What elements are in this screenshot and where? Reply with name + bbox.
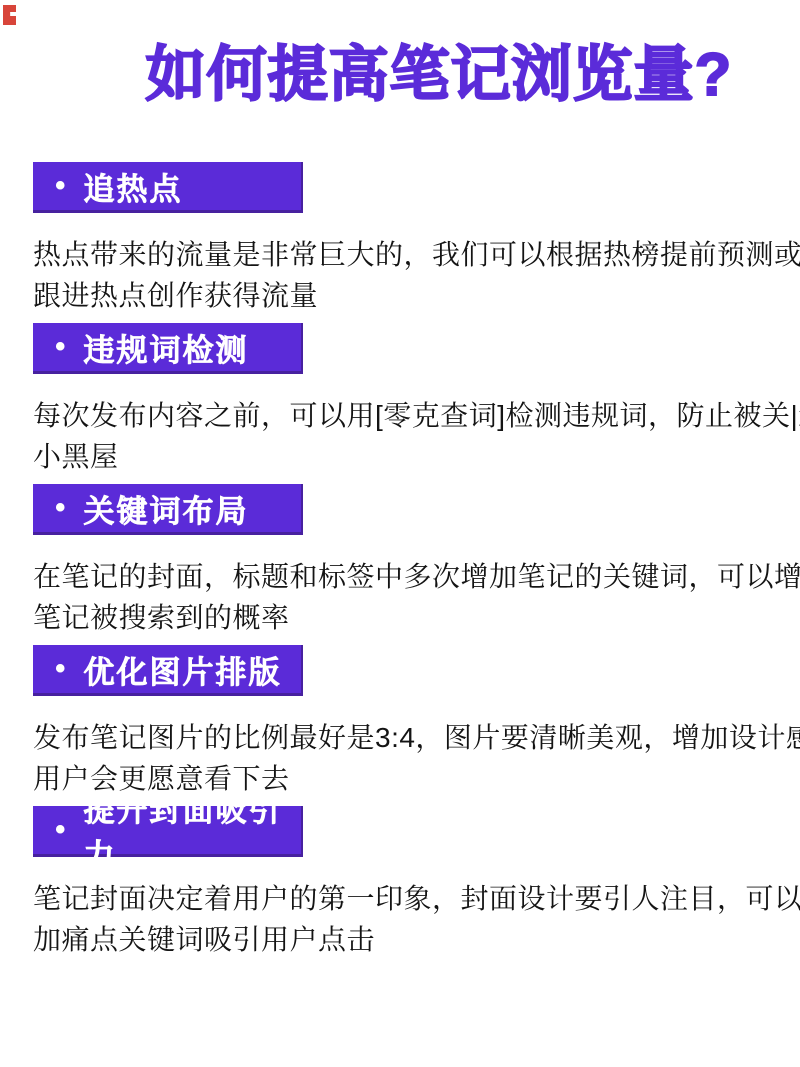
section-body-line: 笔记被搜索到的概率 bbox=[33, 597, 770, 638]
bullet-icon: • bbox=[55, 171, 66, 201]
tips-list: • 追热点 热点带来的流量是非常巨大的，我们可以根据热榜提前预测或者| 跟进热点… bbox=[0, 162, 800, 960]
section-body: 热点带来的流量是非常巨大的，我们可以根据热榜提前预测或者| 跟进热点创作获得流量 bbox=[33, 234, 770, 316]
section-body-line: 小黑屋 bbox=[33, 436, 770, 477]
section-heading-label: 追热点 bbox=[84, 164, 183, 209]
section-heading-label: 优化图片排版 bbox=[84, 647, 282, 692]
section-body-line: 加痛点关键词吸引用户点击 bbox=[33, 919, 770, 960]
bullet-icon: • bbox=[55, 332, 66, 362]
bullet-icon: • bbox=[55, 654, 66, 684]
section-heading-bar: • 追热点 bbox=[33, 162, 303, 213]
bullet-icon: • bbox=[55, 493, 66, 523]
section-body: 在笔记的封面，标题和标签中多次增加笔记的关键词，可以增加| 笔记被搜索到的概率 bbox=[33, 556, 770, 638]
section-body: 每次发布内容之前，可以用[零克查词]检测违规词，防止被关|进 小黑屋 bbox=[33, 395, 770, 477]
section-hot-topics: • 追热点 热点带来的流量是非常巨大的，我们可以根据热榜提前预测或者| 跟进热点… bbox=[33, 162, 770, 316]
section-heading-bar: • 优化图片排版 bbox=[33, 645, 303, 696]
section-heading-label: 关键词布局 bbox=[84, 486, 249, 531]
section-body: 笔记封面决定着用户的第一印象，封面设计要引人注目，可以增! 加痛点关键词吸引用户… bbox=[33, 878, 770, 960]
section-cover-attractiveness: • 提升封面吸引力 笔记封面决定着用户的第一印象，封面设计要引人注目，可以增! … bbox=[33, 806, 770, 960]
section-body-line: 跟进热点创作获得流量 bbox=[33, 275, 770, 316]
poster-page: 如何提高笔记浏览量? • 追热点 热点带来的流量是非常巨大的，我们可以根据热榜提… bbox=[0, 0, 800, 1067]
section-heading-bar: • 关键词布局 bbox=[33, 484, 303, 535]
bullet-icon: • bbox=[55, 815, 66, 845]
section-heading-label: 违规词检测 bbox=[84, 325, 249, 370]
section-body-line: 笔记封面决定着用户的第一印象，封面设计要引人注目，可以增! bbox=[33, 878, 770, 919]
section-body-line: 热点带来的流量是非常巨大的，我们可以根据热榜提前预测或者| bbox=[33, 234, 770, 275]
section-body-line: 发布笔记图片的比例最好是3:4，图片要清晰美观，增加设计感， bbox=[33, 717, 770, 758]
section-body-line: 在笔记的封面，标题和标签中多次增加笔记的关键词，可以增加| bbox=[33, 556, 770, 597]
section-body-line: 每次发布内容之前，可以用[零克查词]检测违规词，防止被关|进 bbox=[33, 395, 770, 436]
section-heading-label: 提升封面吸引力 bbox=[84, 785, 301, 875]
section-violation-word-check: • 违规词检测 每次发布内容之前，可以用[零克查词]检测违规词，防止被关|进 小… bbox=[33, 323, 770, 477]
section-heading-bar: • 违规词检测 bbox=[33, 323, 303, 374]
section-heading-bar: • 提升封面吸引力 bbox=[33, 806, 303, 857]
section-image-typesetting: • 优化图片排版 发布笔记图片的比例最好是3:4，图片要清晰美观，增加设计感， … bbox=[33, 645, 770, 799]
page-title: 如何提高笔记浏览量? bbox=[0, 0, 800, 114]
section-keyword-layout: • 关键词布局 在笔记的封面，标题和标签中多次增加笔记的关键词，可以增加| 笔记… bbox=[33, 484, 770, 638]
